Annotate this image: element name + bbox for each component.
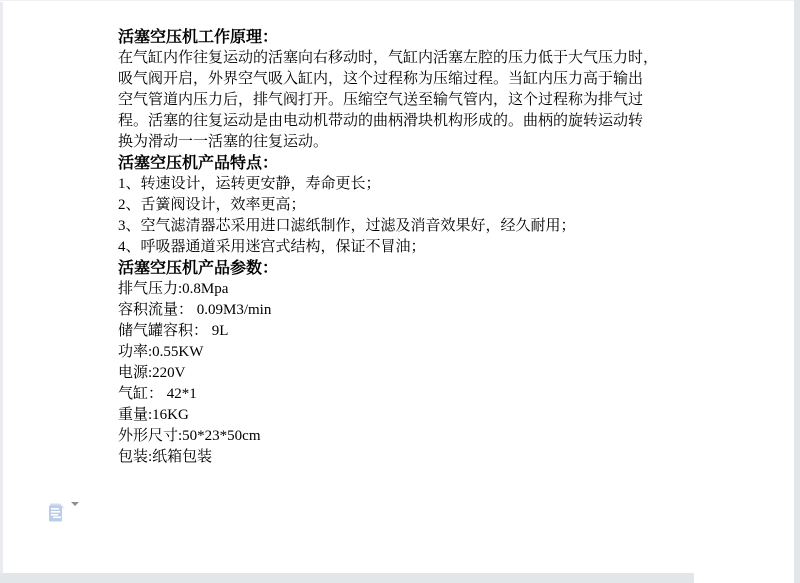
scrollbar-track-vertical[interactable] xyxy=(794,0,800,583)
text-line: 电源:220V xyxy=(118,363,778,384)
text-line: 3、空气滤清器芯采用进口滤纸制作，过滤及消音效果好，经久耐用； xyxy=(118,216,778,237)
parameter-list: 排气压力:0.8Mpa容积流量： 0.09M3/min储气罐容积： 9L功率:0… xyxy=(118,279,778,468)
text-line: 包装:纸箱包装 xyxy=(118,447,778,468)
paste-options-button[interactable] xyxy=(48,500,86,526)
text-line: 吸气阀开启，外界空气吸入缸内，这个过程称为压缩过程。当缸内压力高于输出 xyxy=(118,69,778,90)
text-line: 重量:16KG xyxy=(118,405,778,426)
text-line: 1、转速设计，运转更安静，寿命更长； xyxy=(118,174,778,195)
section-parameters: 活塞空压机产品参数： 排气压力:0.8Mpa容积流量： 0.09M3/min储气… xyxy=(118,258,778,468)
text-line: 程。活塞的往复运动是由电动机带动的曲柄滑块机构形成的。曲柄的旋转运动转 xyxy=(118,111,778,132)
paste-options-icon xyxy=(48,503,66,523)
chevron-down-icon xyxy=(70,506,79,521)
document-body: 活塞空压机工作原理： 在气缸内作往复运动的活塞向右移动时，气缸内活塞左腔的压力低… xyxy=(118,27,778,468)
text-line: 外形尺寸:50*23*50cm xyxy=(118,426,778,447)
section-features: 活塞空压机产品特点： 1、转速设计，运转更安静，寿命更长；2、舌簧阀设计，效率更… xyxy=(118,153,778,258)
text-line: 容积流量： 0.09M3/min xyxy=(118,300,778,321)
page-canvas: 活塞空压机工作原理： 在气缸内作往复运动的活塞向右移动时，气缸内活塞左腔的压力低… xyxy=(0,0,800,583)
text-line: 功率:0.55KW xyxy=(118,342,778,363)
page-edge-top xyxy=(0,0,794,1)
feature-list: 1、转速设计，运转更安静，寿命更长；2、舌簧阀设计，效率更高；3、空气滤清器芯采… xyxy=(118,174,778,258)
text-line: 储气罐容积： 9L xyxy=(118,321,778,342)
section-working-principle: 活塞空压机工作原理： 在气缸内作往复运动的活塞向右移动时，气缸内活塞左腔的压力低… xyxy=(118,27,778,153)
section-heading: 活塞空压机产品特点： xyxy=(118,153,778,174)
scrollbar-track-horizontal[interactable] xyxy=(0,573,694,583)
text-line: 2、舌簧阀设计，效率更高； xyxy=(118,195,778,216)
page-edge-left xyxy=(0,2,3,573)
section-heading: 活塞空压机产品参数： xyxy=(118,258,778,279)
text-line: 4、呼吸器通道采用迷宫式结构，保证不冒油； xyxy=(118,237,778,258)
text-line: 排气压力:0.8Mpa xyxy=(118,279,778,300)
section-heading: 活塞空压机工作原理： xyxy=(118,27,778,48)
text-line: 换为滑动一一活塞的往复运动。 xyxy=(118,132,778,153)
text-line: 在气缸内作往复运动的活塞向右移动时，气缸内活塞左腔的压力低于大气压力时， xyxy=(118,48,778,69)
text-line: 气缸： 42*1 xyxy=(118,384,778,405)
paragraph-lines: 在气缸内作往复运动的活塞向右移动时，气缸内活塞左腔的压力低于大气压力时，吸气阀开… xyxy=(118,48,778,153)
text-line: 空气管道内压力后，排气阀打开。压缩空气送至输气管内，这个过程称为排气过 xyxy=(118,90,778,111)
